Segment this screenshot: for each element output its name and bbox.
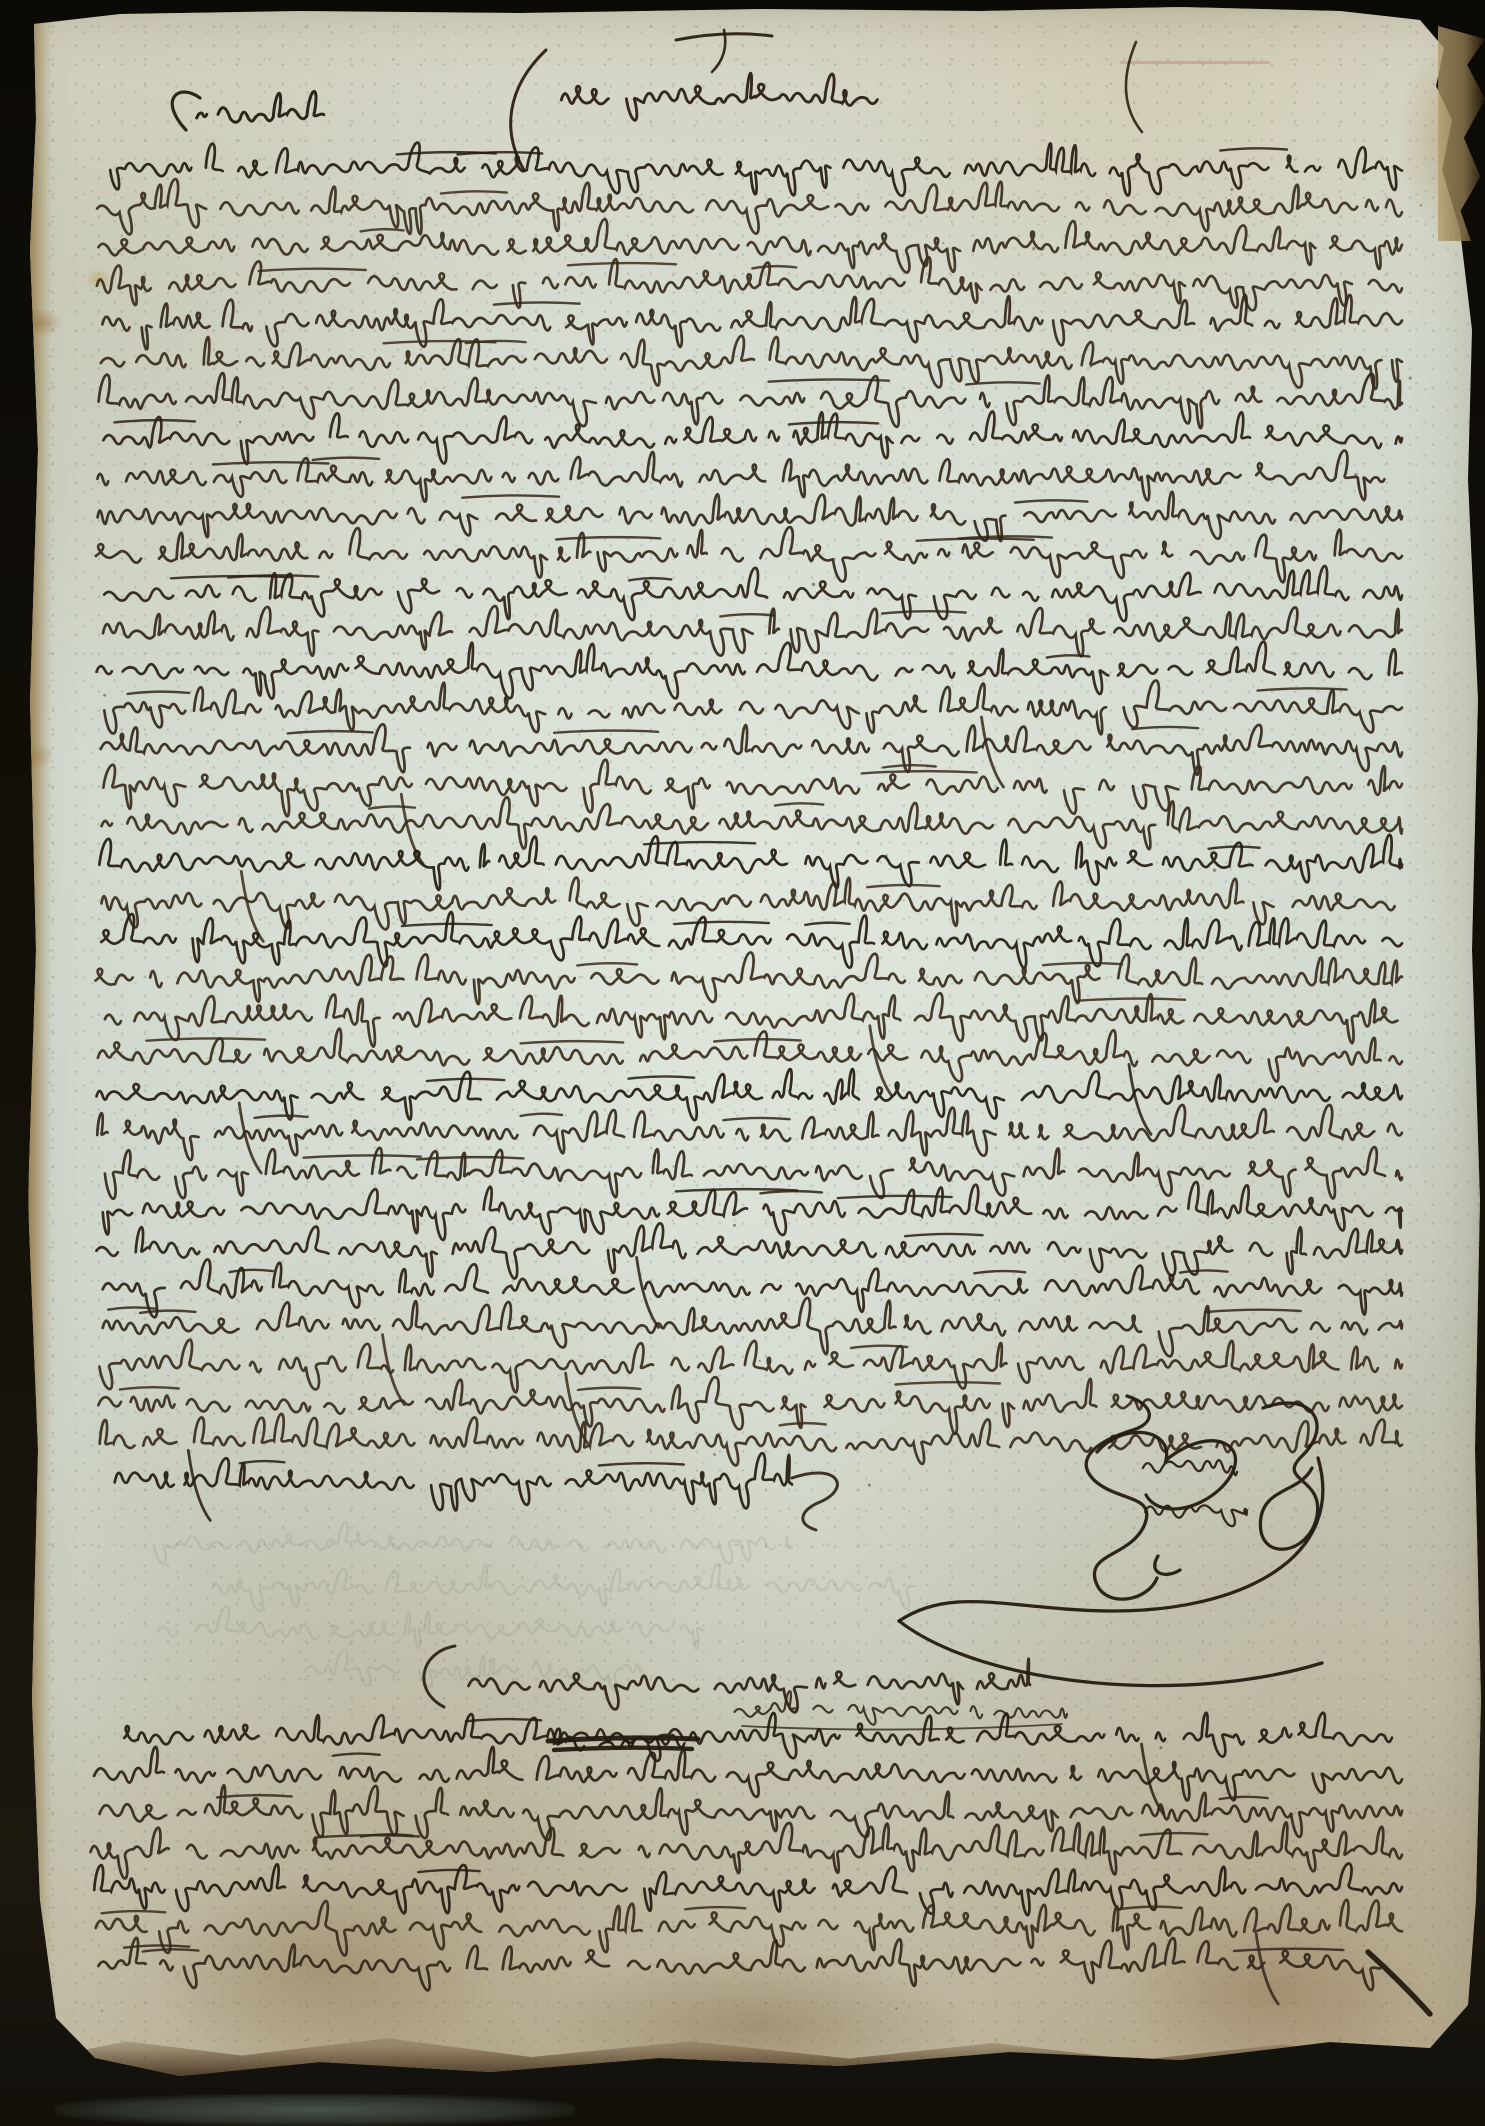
strikethrough-word xyxy=(548,1729,701,1751)
notary-signature-rubric xyxy=(899,1396,1323,1686)
payment-text-block xyxy=(91,1713,1431,2014)
ink-specks xyxy=(101,188,1422,2012)
dark-green-edge-patch xyxy=(55,2094,575,2126)
binding-crack xyxy=(26,0,29,2126)
manuscript-ink xyxy=(0,0,1485,2126)
archival-mark-top-left xyxy=(172,91,333,130)
scanned-archive-photo: Scanned page of a 16th-century Spanish n… xyxy=(0,0,1485,2126)
stain xyxy=(84,268,112,290)
docket-title xyxy=(511,30,893,170)
bottom-deckle-edge xyxy=(40,2018,1485,2096)
obligation-text-block xyxy=(96,42,1421,1530)
interlinear-correction xyxy=(735,1691,1075,1730)
faint-red-offset-line xyxy=(1120,61,1270,64)
manuscript-page xyxy=(0,0,1485,2126)
second-act-heading xyxy=(424,1646,1030,1712)
binding-edge xyxy=(0,0,52,2126)
paper-texture xyxy=(0,0,1485,2126)
stain xyxy=(540,1950,970,2100)
stain xyxy=(1398,480,1485,1040)
torn-corner-top-right xyxy=(1438,26,1485,241)
ghost-showthrough-text xyxy=(154,1522,916,1691)
stain xyxy=(150,1870,490,2070)
stain xyxy=(1120,1905,1420,2075)
